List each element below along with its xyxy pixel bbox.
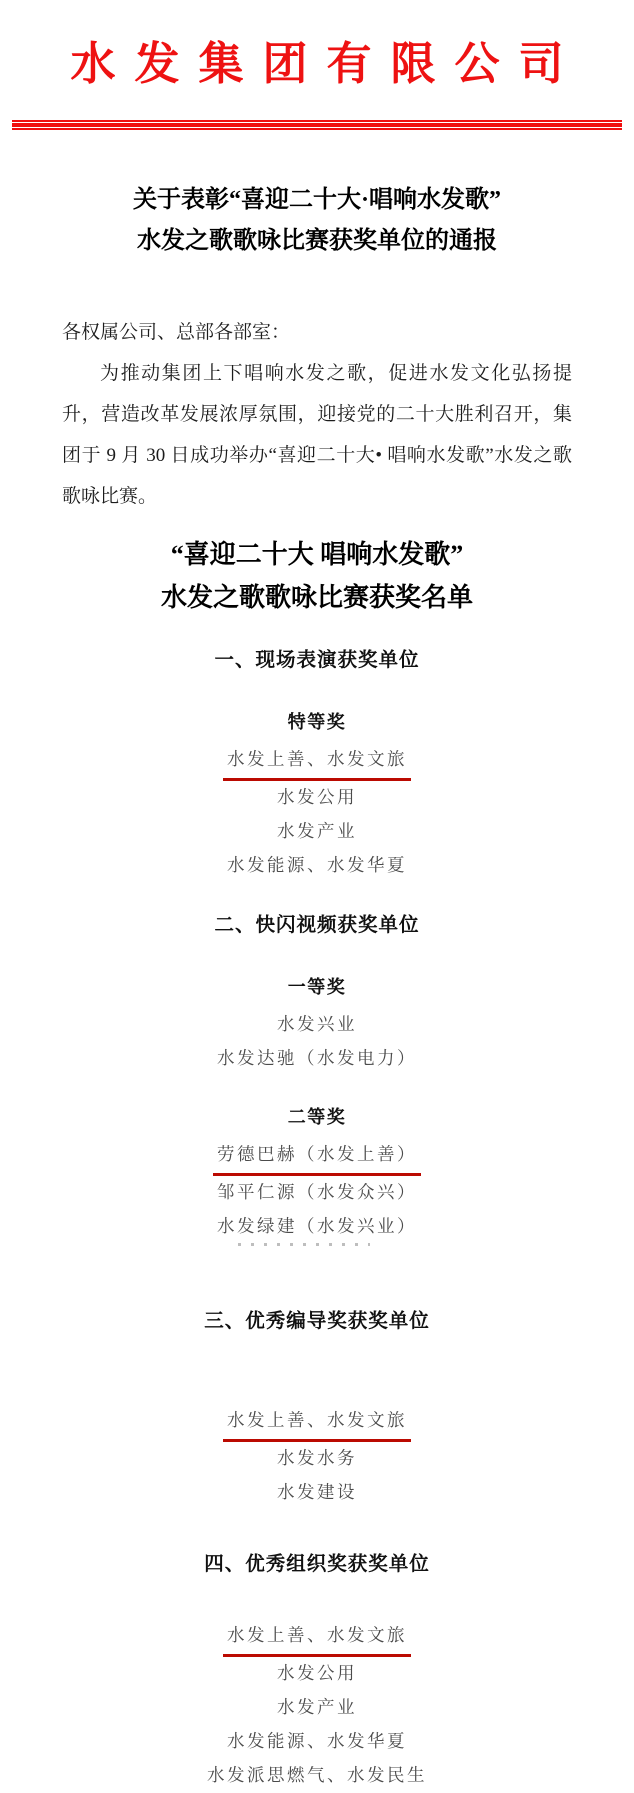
cropped-text-artifact bbox=[238, 1243, 370, 1246]
award-item: 水发能源、水发华夏 bbox=[0, 849, 634, 883]
award-item-text: 水发绿建（水发兴业） bbox=[217, 1216, 417, 1236]
award-item: 水发产业 bbox=[0, 815, 634, 849]
award-item: 水发水务 bbox=[0, 1442, 634, 1476]
award-item: 水发派思燃气、水发民生 bbox=[0, 1759, 634, 1793]
document-title: 关于表彰“喜迎二十大·唱响水发歌” 水发之歌歌咏比赛获奖单位的通报 bbox=[0, 180, 634, 262]
awards-list-title-line2: 水发之歌歌咏比赛获奖名单 bbox=[0, 576, 634, 619]
award-item: 邹平仁源（水发众兴） bbox=[0, 1176, 634, 1210]
document-page: 水发集团有限公司 关于表彰“喜迎二十大·唱响水发歌” 水发之歌歌咏比赛获奖单位的… bbox=[0, 0, 634, 1793]
letterhead-double-rule bbox=[12, 120, 622, 130]
award-section: 二、快闪视频获奖单位一等奖水发兴业水发达驰（水发电力）二等奖劳德巴赫（水发上善）… bbox=[0, 913, 634, 1244]
body-paragraph: 为推动集团上下唱响水发之歌，促进水发文化弘扬提升，营造改革发展浓厚氛围，迎接党的… bbox=[62, 353, 572, 517]
award-item-text-underlined: 水发上善、水发文旅 bbox=[223, 743, 411, 781]
award-item-text-underlined: 水发上善、水发文旅 bbox=[223, 1404, 411, 1442]
award-item-text: 水发水务 bbox=[277, 1448, 357, 1468]
award-section: 三、优秀编导奖获奖单位水发上善、水发文旅水发水务水发建设 bbox=[0, 1309, 634, 1510]
award-item-text: 水发能源、水发华夏 bbox=[227, 855, 407, 875]
awards-list-title: “喜迎二十大 唱响水发歌” 水发之歌歌咏比赛获奖名单 bbox=[0, 533, 634, 619]
award-item-text: 水发公用 bbox=[277, 1663, 357, 1683]
award-item-text: 水发能源、水发华夏 bbox=[227, 1731, 407, 1751]
award-item-text: 水发产业 bbox=[277, 821, 357, 841]
document-body: 各权属公司、总部各部室： 为推动集团上下唱响水发之歌，促进水发文化弘扬提升，营造… bbox=[62, 312, 572, 517]
award-item-text-underlined: 劳德巴赫（水发上善） bbox=[213, 1138, 421, 1176]
awards-list-title-line1: “喜迎二十大 唱响水发歌” bbox=[0, 533, 634, 576]
award-item: 水发上善、水发文旅 bbox=[0, 743, 634, 781]
section-heading: 二、快闪视频获奖单位 bbox=[0, 913, 634, 937]
award-item: 水发能源、水发华夏 bbox=[0, 1725, 634, 1759]
award-item-text: 水发建设 bbox=[277, 1482, 357, 1502]
award-item-text: 水发兴业 bbox=[277, 1014, 357, 1034]
award-section: 一、现场表演获奖单位特等奖水发上善、水发文旅水发公用水发产业水发能源、水发华夏 bbox=[0, 648, 634, 883]
prize-group: 特等奖水发上善、水发文旅水发公用水发产业水发能源、水发华夏 bbox=[0, 710, 634, 883]
awards-sections: 一、现场表演获奖单位特等奖水发上善、水发文旅水发公用水发产业水发能源、水发华夏二… bbox=[0, 648, 634, 1793]
section-heading: 四、优秀组织奖获奖单位 bbox=[0, 1552, 634, 1576]
prize-group: 水发上善、水发文旅水发水务水发建设 bbox=[0, 1404, 634, 1510]
prize-group: 一等奖水发兴业水发达驰（水发电力） bbox=[0, 975, 634, 1076]
salutation: 各权属公司、总部各部室： bbox=[62, 312, 572, 353]
award-item: 劳德巴赫（水发上善） bbox=[0, 1138, 634, 1176]
prize-heading: 二等奖 bbox=[0, 1105, 634, 1129]
award-item: 水发公用 bbox=[0, 781, 634, 815]
award-item: 水发产业 bbox=[0, 1691, 634, 1725]
award-item-text: 水发公用 bbox=[277, 787, 357, 807]
section-heading: 一、现场表演获奖单位 bbox=[0, 648, 634, 672]
award-item: 水发建设 bbox=[0, 1476, 634, 1510]
award-item: 水发公用 bbox=[0, 1657, 634, 1691]
award-item-text: 水发产业 bbox=[277, 1697, 357, 1717]
prize-group: 水发上善、水发文旅水发公用水发产业水发能源、水发华夏水发派思燃气、水发民生 bbox=[0, 1619, 634, 1793]
prize-heading: 特等奖 bbox=[0, 710, 634, 734]
award-item: 水发绿建（水发兴业） bbox=[0, 1210, 634, 1244]
document-title-line1: 关于表彰“喜迎二十大·唱响水发歌” bbox=[0, 180, 634, 221]
prize-heading: 一等奖 bbox=[0, 975, 634, 999]
award-item: 水发达驰（水发电力） bbox=[0, 1042, 634, 1076]
letterhead-title: 水发集团有限公司 bbox=[0, 0, 634, 98]
award-item: 水发兴业 bbox=[0, 1008, 634, 1042]
award-item-text: 水发达驰（水发电力） bbox=[217, 1048, 417, 1068]
award-item-text: 水发派思燃气、水发民生 bbox=[207, 1765, 427, 1785]
award-section: 四、优秀组织奖获奖单位水发上善、水发文旅水发公用水发产业水发能源、水发华夏水发派… bbox=[0, 1552, 634, 1793]
award-item-text: 邹平仁源（水发众兴） bbox=[217, 1182, 417, 1202]
award-item-text-underlined: 水发上善、水发文旅 bbox=[223, 1619, 411, 1657]
award-item: 水发上善、水发文旅 bbox=[0, 1404, 634, 1442]
document-title-line2: 水发之歌歌咏比赛获奖单位的通报 bbox=[0, 221, 634, 262]
prize-group: 二等奖劳德巴赫（水发上善）邹平仁源（水发众兴）水发绿建（水发兴业） bbox=[0, 1105, 634, 1244]
section-heading: 三、优秀编导奖获奖单位 bbox=[0, 1309, 634, 1333]
award-item: 水发上善、水发文旅 bbox=[0, 1619, 634, 1657]
